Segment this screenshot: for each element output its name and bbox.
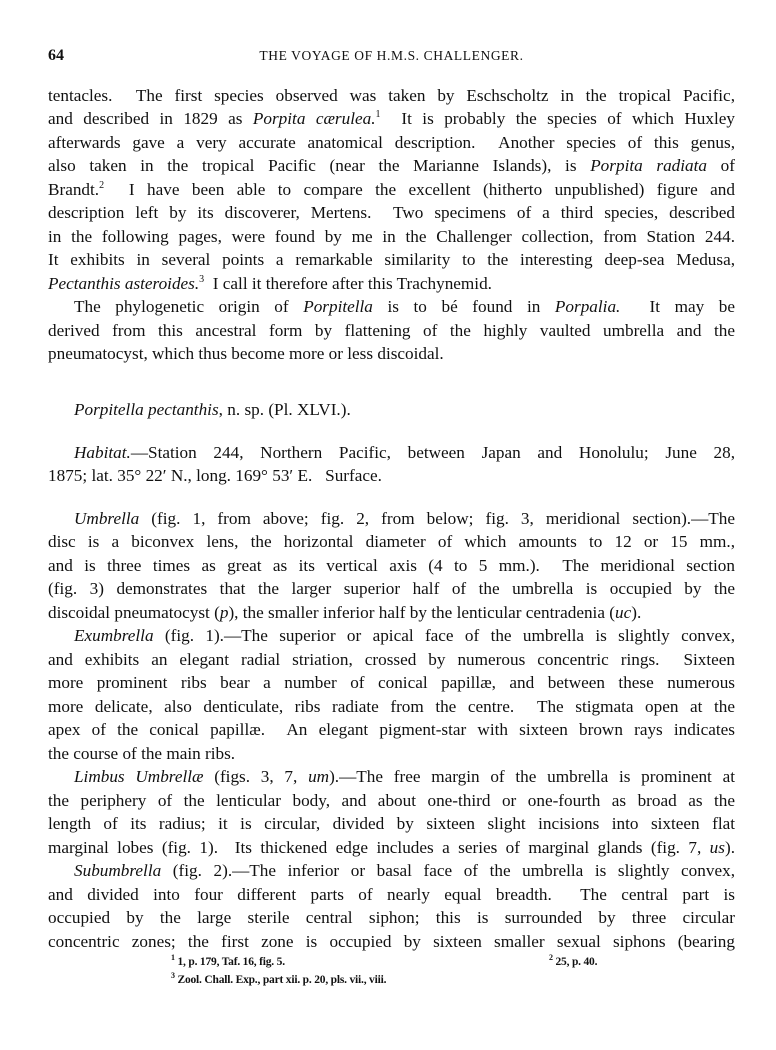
footnote: 3 Zool. Chall. Exp., part xii. p. 20, pl… bbox=[171, 974, 386, 986]
text-line: The phylogenetic origin of Porpitella is… bbox=[74, 295, 735, 318]
text-line: Brandt.2 I have been able to compare the… bbox=[48, 178, 735, 201]
text-line: concentric zones; the first zone is occu… bbox=[48, 930, 735, 953]
text-line: afterwards gave a very accurate anatomic… bbox=[48, 131, 735, 154]
text-line: more prominent ribs bear a number of con… bbox=[48, 671, 735, 694]
text-line: marginal lobes (fig. 1). Its thickened e… bbox=[48, 836, 735, 859]
text-line: apex of the conical papillæ. An elegant … bbox=[48, 718, 735, 741]
text-line: more delicate, also denticulate, ribs ra… bbox=[48, 695, 735, 718]
text-line: It exhibits in several points a remarkab… bbox=[48, 248, 735, 271]
document-page: 64 THE VOYAGE OF H.M.S. CHALLENGER. tent… bbox=[0, 0, 776, 1050]
running-title: THE VOYAGE OF H.M.S. CHALLENGER. bbox=[48, 48, 735, 64]
text-line: (fig. 3) demonstrates that the larger su… bbox=[48, 577, 735, 600]
running-header: 64 THE VOYAGE OF H.M.S. CHALLENGER. bbox=[48, 47, 735, 69]
text-line: the periphery of the lenticular body, an… bbox=[48, 789, 735, 812]
footnote: 1 1, p. 179, Taf. 16, fig. 5. bbox=[171, 956, 285, 968]
text-line: description left by its discoverer, Mert… bbox=[48, 201, 735, 224]
text-line: derived from this ancestral form by flat… bbox=[48, 319, 735, 342]
text-line: tentacles. The first species observed wa… bbox=[48, 84, 735, 107]
text-line: Subumbrella (fig. 2).—The inferior or ba… bbox=[74, 859, 735, 882]
text-line: length of its radius; it is circular, di… bbox=[48, 812, 735, 835]
text-line: Umbrella (fig. 1, from above; fig. 2, fr… bbox=[74, 507, 735, 530]
text-line: disc is a biconvex lens, the horizontal … bbox=[48, 530, 735, 553]
text-line: also taken in the tropical Pacific (near… bbox=[48, 154, 735, 177]
footnote: 2 25, p. 40. bbox=[549, 956, 597, 968]
text-line: and is three times as great as its verti… bbox=[48, 554, 735, 577]
text-line: discoidal pneumatocyst (p), the smaller … bbox=[48, 601, 735, 624]
text-line: in the following pages, were found by me… bbox=[48, 225, 735, 248]
text-line: Limbus Umbrellæ (figs. 3, 7, um).—The fr… bbox=[74, 765, 735, 788]
text-line: pneumatocyst, which thus become more or … bbox=[48, 342, 735, 365]
text-line: the course of the main ribs. bbox=[48, 742, 735, 765]
text-line: Habitat.—Station 244, Northern Pacific, … bbox=[74, 441, 735, 464]
text-line: 1875; lat. 35° 22′ N., long. 169° 53′ E.… bbox=[48, 464, 735, 487]
text-line: and exhibits an elegant radial striation… bbox=[48, 648, 735, 671]
text-line: Pectanthis asteroides.3 I call it theref… bbox=[48, 272, 735, 295]
text-line: and divided into four different parts of… bbox=[48, 883, 735, 906]
text-line: Exumbrella (fig. 1).—The superior or api… bbox=[74, 624, 735, 647]
text-line: Porpitella pectanthis, n. sp. (Pl. XLVI.… bbox=[74, 398, 735, 421]
text-line: and described in 1829 as Porpita cærulea… bbox=[48, 107, 735, 130]
text-line: occupied by the large sterile central si… bbox=[48, 906, 735, 929]
